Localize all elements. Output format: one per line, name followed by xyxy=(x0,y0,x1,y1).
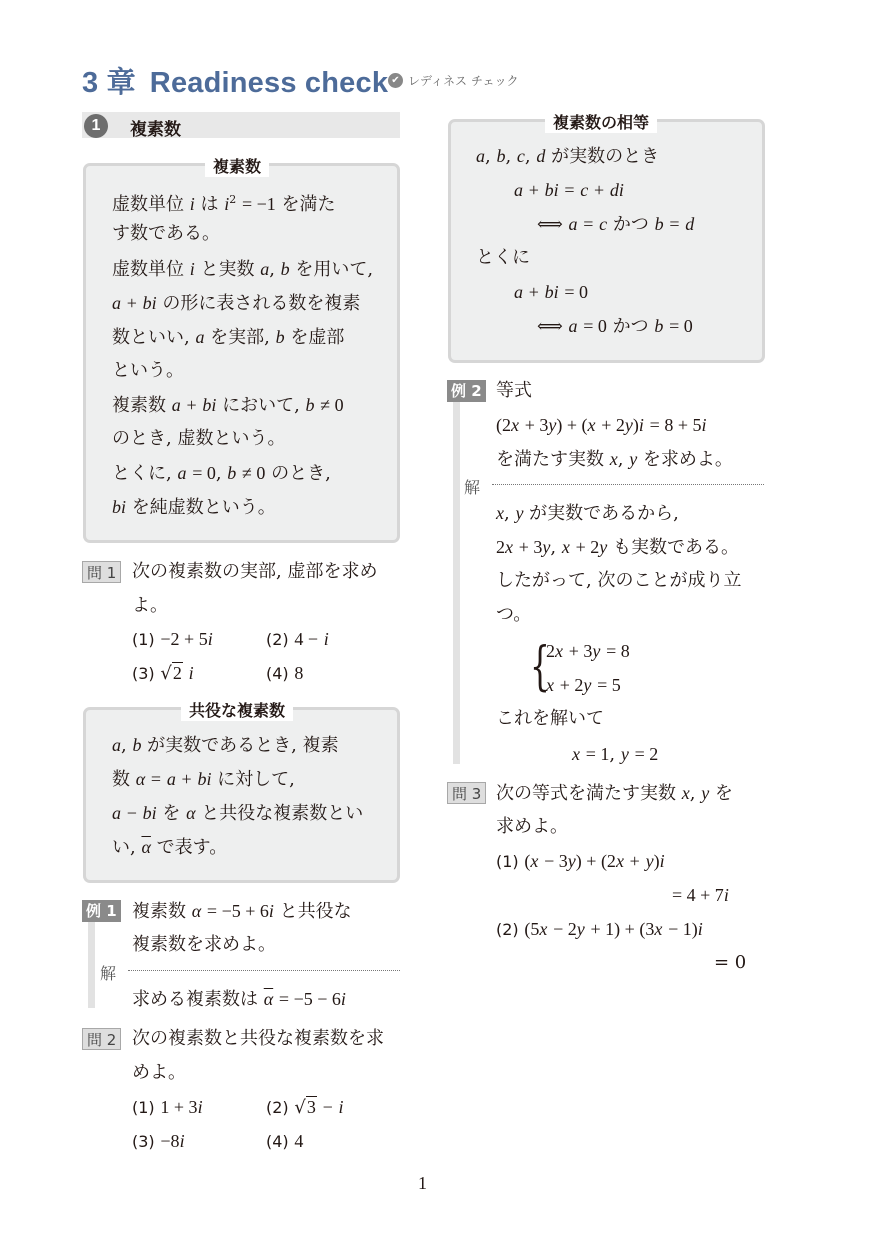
solution-label: 解 xyxy=(464,475,480,498)
box-line: bi を純虚数という。 xyxy=(112,496,276,519)
box-line: のとき, 虚数という。 xyxy=(112,428,285,450)
definition-box-title: 共役な複素数 xyxy=(181,698,293,721)
chapter-title: Readiness check xyxy=(150,67,388,99)
question-item: (3) −8i xyxy=(132,1130,185,1153)
question-item: (1) 1 + 3i xyxy=(132,1096,203,1119)
box-line: 虚数単位 i は i2 = −1 を満た xyxy=(112,189,336,216)
question-text: 次の複素数と共役な複素数を求 xyxy=(132,1028,384,1050)
question-text: 次の等式を満たす実数 x, y を xyxy=(496,782,733,805)
chapter-number: 3 章 xyxy=(82,67,136,99)
example-badge-2: 例 2 xyxy=(447,380,486,402)
question-text: よ。 xyxy=(132,595,168,617)
page-number: 1 xyxy=(418,1173,427,1194)
box-line: 複素数 a + bi において, b ≠ 0 xyxy=(112,394,344,417)
box-line: とくに, a = 0, b ≠ 0 のとき, xyxy=(112,462,331,485)
definition-box-title: 複素数 xyxy=(205,154,269,177)
section-title: 複素数 xyxy=(130,115,181,140)
solution-text: これを解いて xyxy=(496,708,604,730)
example-side-rule xyxy=(88,922,95,1008)
solution-text: つ。 xyxy=(496,604,531,626)
box-line: す数である。 xyxy=(112,223,220,245)
box-line: a + bi = 0 xyxy=(514,281,588,304)
solution-text: したがって, 次のことが成り立 xyxy=(496,570,741,592)
question-badge-2: 問 2 xyxy=(82,1028,121,1050)
example-text: 複素数 α = −5 + 6i と共役な xyxy=(132,900,352,923)
question-item: (2) 4 − i xyxy=(266,628,329,651)
solution-divider xyxy=(128,970,400,971)
box-line: ⟺ a = 0 かつ b = 0 xyxy=(537,315,693,338)
question-text: 次の複素数の実部, 虚部を求め xyxy=(132,561,377,583)
chapter-subtitle: ✔ レディネス チェック xyxy=(388,72,519,89)
box-line: 数 α = a + bi に対して, xyxy=(112,768,295,791)
question-item: (1) (x − 3y) + (2x + y)i xyxy=(496,850,665,873)
example-text: を満たす実数 x, y を求めよ。 xyxy=(496,448,733,471)
box-line: 虚数単位 i と実数 a, b を用いて, xyxy=(112,258,373,281)
chapter-subtitle-text: レディネス チェック xyxy=(408,72,519,89)
solution-text: 求める複素数は α = −5 − 6i xyxy=(132,988,346,1011)
example-side-rule xyxy=(453,402,460,764)
check-circle-icon: ✔ xyxy=(388,73,403,88)
question-item-rhs: = 4 + 7i xyxy=(672,884,729,907)
solution-text: x, y が実数であるから, xyxy=(496,502,679,525)
box-line: とくに xyxy=(476,247,530,269)
example-text: (2x + 3y) + (x + 2y)i = 8 + 5i xyxy=(496,414,707,437)
definition-box-title: 複素数の相等 xyxy=(545,110,657,133)
question-item-rhs: = 0 xyxy=(714,952,746,974)
definition-box-complex-number xyxy=(83,163,400,543)
box-line: ⟺ a = c かつ b = d xyxy=(537,213,694,236)
solution-text: 2x + 3y, x + 2y も実数である。 xyxy=(496,536,739,559)
box-line: a, b が実数であるとき, 複素 xyxy=(112,734,339,757)
chapter-heading: 3 章Readiness check xyxy=(82,60,388,101)
question-item: (4) 4 xyxy=(266,1130,303,1153)
box-line: a + bi の形に表される数を複素 xyxy=(112,292,360,315)
box-line: a − bi を α と共役な複素数とい xyxy=(112,802,363,825)
question-badge-3: 問 3 xyxy=(447,782,486,804)
example-text: 等式 xyxy=(496,380,532,402)
question-item: (3) √2 i xyxy=(132,662,194,685)
box-line: a + bi = c + di xyxy=(514,179,624,202)
box-line: 数といい, a を実部, b を虚部 xyxy=(112,326,344,349)
solution-label: 解 xyxy=(100,961,116,984)
question-item: (4) 8 xyxy=(266,662,303,685)
question-text: めよ。 xyxy=(132,1062,186,1084)
question-item: (2) √3 − i xyxy=(266,1096,344,1119)
question-badge-1: 問 1 xyxy=(82,561,121,583)
section-number-badge: 1 xyxy=(84,114,108,138)
question-item: (2) (5x − 2y + 1) + (3x − 1)i xyxy=(496,918,703,941)
equation-system-line: x + 2y = 5 xyxy=(546,674,621,697)
question-item: (1) −2 + 5i xyxy=(132,628,213,651)
solution-text: x = 1, y = 2 xyxy=(572,743,658,766)
solution-divider xyxy=(492,484,764,485)
box-line: い, α で表す。 xyxy=(112,836,227,859)
box-line: という。 xyxy=(112,360,184,382)
example-text: 複素数を求めよ。 xyxy=(132,934,276,956)
question-text: 求めよ。 xyxy=(496,816,568,838)
equation-system-line: 2x + 3y = 8 xyxy=(546,640,630,663)
example-badge-1: 例 1 xyxy=(82,900,121,922)
box-line: a, b, c, d が実数のとき xyxy=(476,145,659,168)
